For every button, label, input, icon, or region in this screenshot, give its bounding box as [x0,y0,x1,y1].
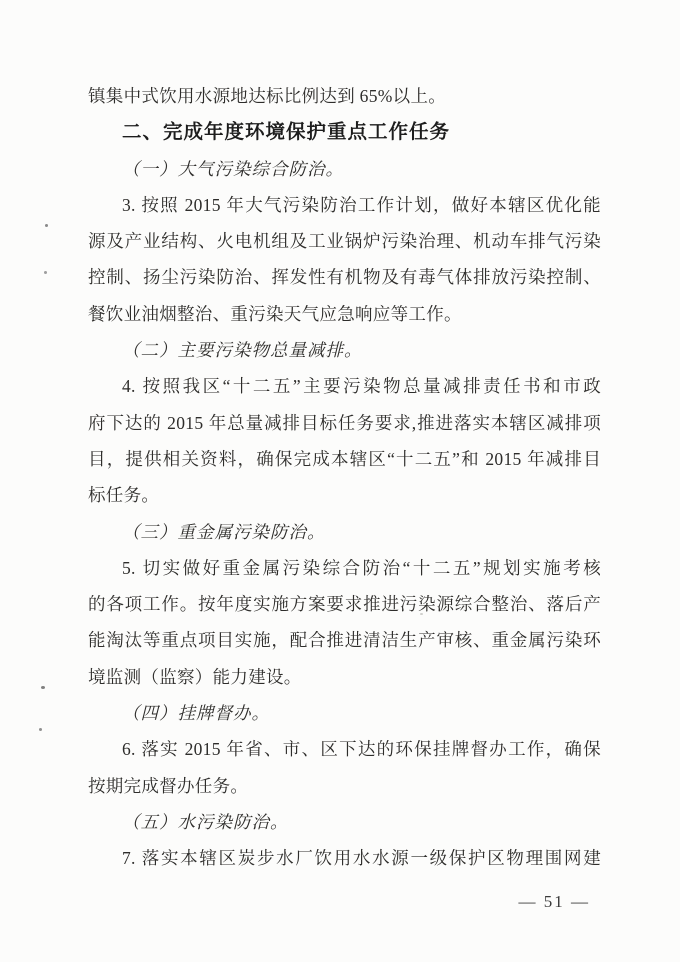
body-text-line: 目，提供相关资料，确保完成本辖区“十二五”和 2015 年减排目 [88,441,601,477]
body-text-line: 5. 切实做好重金属污染综合防治“十二五”规划实施考核 [88,550,601,586]
body-text-line: 境监测（监察）能力建设。 [88,659,601,695]
subsection-heading: （一）大气污染综合防治。 [88,151,601,187]
subsection-heading: （二）主要污染物总量减排。 [88,332,601,368]
body-text-line: 镇集中式饮用水源地达标比例达到 65%以上。 [88,78,601,114]
scan-speck [41,686,45,689]
body-text-line: 源及产业结构、火电机组及工业锅炉污染治理、机动车排气污染 [88,223,601,259]
body-text-line: 3. 按照 2015 年大气污染防治工作计划，做好本辖区优化能 [88,187,601,223]
body-text-line: 6. 落实 2015 年省、市、区下达的环保挂牌督办工作，确保 [88,731,601,767]
scan-speck [44,271,47,274]
body-text-line: 按期完成督办任务。 [88,768,601,804]
scan-speck [420,613,423,615]
scan-speck [45,224,48,227]
page-number: — 51 — [519,892,591,912]
body-text-line: 控制、扬尘污染防治、挥发性有机物及有毒气体排放污染控制、 [88,259,601,295]
subsection-heading: （三）重金属污染防治。 [88,514,601,550]
subsection-heading: （五）水污染防治。 [88,804,601,840]
body-text-line: 府下达的 2015 年总量减排目标任务要求,推进落实本辖区减排项 [88,405,601,441]
body-text-line: 餐饮业油烟整治、重污染天气应急响应等工作。 [88,296,601,332]
body-text-line: 的各项工作。按年度实施方案要求推进污染源综合整治、落后产 [88,586,601,622]
body-text-line: 7. 落实本辖区炭步水厂饮用水水源一级保护区物理围网建 [88,840,601,876]
body-text-line: 4. 按照我区“十二五”主要污染物总量减排责任书和市政 [88,368,601,404]
document-body: 镇集中式饮用水源地达标比例达到 65%以上。二、完成年度环境保护重点工作任务（一… [88,78,601,877]
body-text-line: 标任务。 [88,477,601,513]
scan-speck [39,728,42,731]
subsection-heading: （四）挂牌督办。 [88,695,601,731]
section-heading: 二、完成年度环境保护重点工作任务 [88,114,601,150]
document-page: 镇集中式饮用水源地达标比例达到 65%以上。二、完成年度环境保护重点工作任务（一… [0,0,680,962]
body-text-line: 能淘汰等重点项目实施，配合推进清洁生产审核、重金属污染环 [88,622,601,658]
